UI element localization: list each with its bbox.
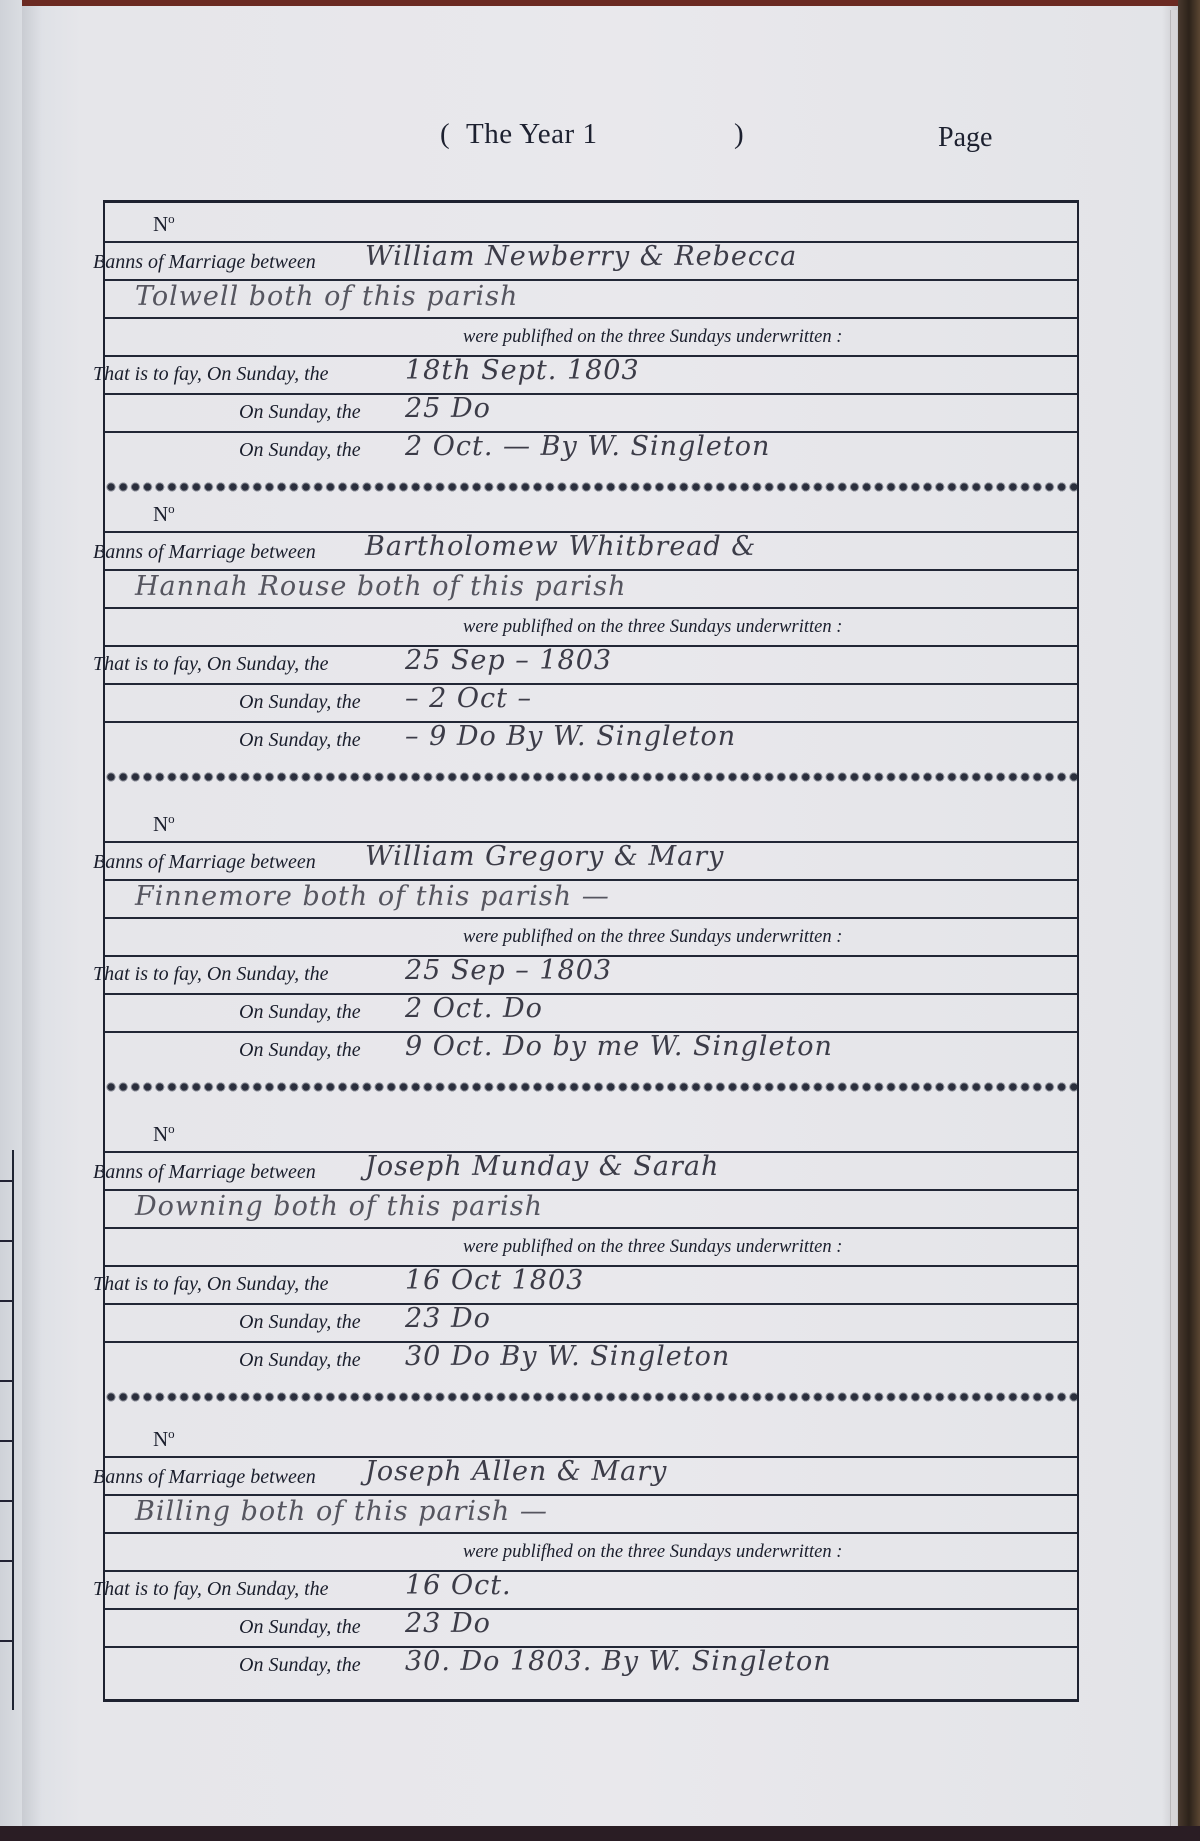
first-sunday-date: 16 Oct 1803 (405, 1265, 584, 1296)
published-label: were publifhed on the three Sundays unde… (463, 327, 842, 348)
entry-number-label: No (153, 1426, 175, 1452)
table-bottom-rule (105, 1699, 1077, 1702)
row-rule (105, 1303, 1077, 1305)
published-label: were publifhed on the three Sundays unde… (463, 1237, 842, 1258)
names-line-1: Joseph Munday & Sarah (365, 1151, 719, 1182)
third-sunday-label: On Sunday, the (239, 729, 361, 752)
first-sunday-date: 25 Sep – 1803 (405, 955, 612, 986)
banns-register-table: No Banns of Marriage between William New… (103, 200, 1079, 1702)
names-line-1: Bartholomew Whitbread & (365, 531, 756, 562)
ornamental-divider (105, 481, 1077, 493)
first-sunday-label: That is to fay, On Sunday, the (93, 1578, 329, 1601)
first-sunday-date: 16 Oct. (405, 1570, 512, 1601)
page-number-label: Page (938, 122, 992, 154)
first-sunday-label: That is to fay, On Sunday, the (93, 653, 329, 676)
first-sunday-label: That is to fay, On Sunday, the (93, 363, 329, 386)
banns-entry: No Banns of Marriage between William Gre… (105, 803, 1077, 1093)
second-sunday-date: – 2 Oct – (405, 683, 532, 714)
banns-label: Banns of Marriage between (93, 1466, 316, 1489)
names-line-2: Downing both of this parish (135, 1191, 543, 1222)
ornamental-divider (105, 1391, 1077, 1403)
banns-label: Banns of Marriage between (93, 541, 316, 564)
row-rule (105, 683, 1077, 685)
entry-number-label: No (153, 501, 175, 527)
row-rule (105, 317, 1077, 319)
published-label: were publifhed on the three Sundays unde… (463, 927, 842, 948)
row-rule (105, 1227, 1077, 1229)
row-rule (105, 1532, 1077, 1534)
row-rule (105, 917, 1077, 919)
year-paren-open: ( (440, 118, 450, 151)
first-sunday-label: That is to fay, On Sunday, the (93, 963, 329, 986)
second-sunday-label: On Sunday, the (239, 1001, 361, 1024)
third-sunday-label: On Sunday, the (239, 1654, 361, 1677)
year-heading: ( The Year 1 ) (440, 118, 750, 158)
published-label: were publifhed on the three Sundays unde… (463, 617, 842, 638)
previous-page-strip (0, 0, 22, 1841)
banns-entry: No Banns of Marriage between Joseph Alle… (105, 1418, 1077, 1708)
third-sunday-date-and-signature: 9 Oct. Do by me W. Singleton (405, 1031, 833, 1062)
second-sunday-date: 23 Do (405, 1608, 491, 1639)
entry-number-label: No (153, 811, 175, 837)
first-sunday-label: That is to fay, On Sunday, the (93, 1273, 329, 1296)
names-line-2: Tolwell both of this parish (135, 281, 518, 312)
banns-entry: No Banns of Marriage between Joseph Mund… (105, 1113, 1077, 1403)
published-label: were publifhed on the three Sundays unde… (463, 1542, 842, 1563)
row-rule (105, 607, 1077, 609)
page-edge (1170, 10, 1177, 1826)
third-sunday-label: On Sunday, the (239, 1039, 361, 1062)
second-sunday-label: On Sunday, the (239, 691, 361, 714)
year-paren-close: ) (734, 118, 744, 151)
names-line-1: William Newberry & Rebecca (365, 241, 797, 272)
book-cover-right (1178, 0, 1200, 1841)
second-sunday-date: 2 Oct. Do (405, 993, 543, 1024)
entry-number-label: No (153, 1121, 175, 1147)
second-sunday-date: 25 Do (405, 393, 491, 424)
previous-page-border (12, 1150, 14, 1710)
first-sunday-date: 18th Sept. 1803 (405, 355, 640, 386)
second-sunday-label: On Sunday, the (239, 1616, 361, 1639)
banns-label: Banns of Marriage between (93, 251, 316, 274)
names-line-2: Billing both of this parish — (135, 1496, 548, 1527)
row-rule (105, 393, 1077, 395)
row-rule (105, 1608, 1077, 1610)
ornamental-divider (105, 1081, 1077, 1093)
banns-label: Banns of Marriage between (93, 851, 316, 874)
banns-entry: No Banns of Marriage between William New… (105, 203, 1077, 493)
year-label: The Year 1 (466, 118, 597, 151)
names-line-1: Joseph Allen & Mary (365, 1456, 667, 1487)
second-sunday-label: On Sunday, the (239, 1311, 361, 1334)
second-sunday-date: 23 Do (405, 1303, 491, 1334)
first-sunday-date: 25 Sep – 1803 (405, 645, 612, 676)
third-sunday-date-and-signature: – 9 Do By W. Singleton (405, 721, 736, 752)
names-line-1: William Gregory & Mary (365, 841, 724, 872)
third-sunday-label: On Sunday, the (239, 439, 361, 462)
row-rule (105, 1265, 1077, 1267)
third-sunday-label: On Sunday, the (239, 1349, 361, 1372)
row-rule (105, 993, 1077, 995)
ornamental-divider (105, 771, 1077, 783)
names-line-2: Hannah Rouse both of this parish (135, 571, 627, 602)
row-rule (105, 1570, 1077, 1572)
banns-label: Banns of Marriage between (93, 1161, 316, 1184)
entry-number-label: No (153, 211, 175, 237)
banns-entry: No Banns of Marriage between Bartholomew… (105, 493, 1077, 783)
third-sunday-date-and-signature: 30 Do By W. Singleton (405, 1341, 730, 1372)
book-cover-bottom (0, 1826, 1200, 1841)
second-sunday-label: On Sunday, the (239, 401, 361, 424)
third-sunday-date-and-signature: 2 Oct. — By W. Singleton (405, 431, 770, 462)
third-sunday-date-and-signature: 30. Do 1803. By W. Singleton (405, 1646, 832, 1677)
names-line-2: Finnemore both of this parish — (135, 881, 610, 912)
